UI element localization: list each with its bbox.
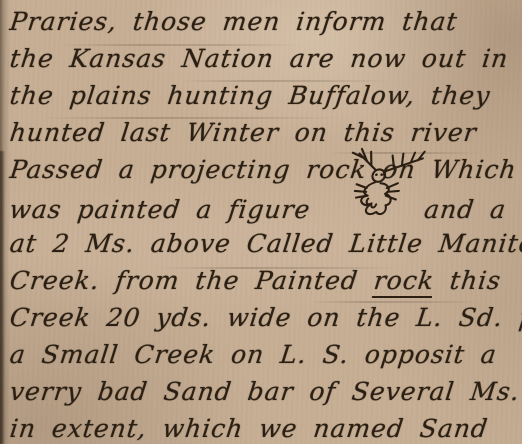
manuscript-line: the Kansas Nation are now out in [8,40,522,77]
manuscript-line: Passed a projecting rock on Which [8,151,522,188]
line-text: this [432,266,502,295]
manuscript-line: the plains hunting Buffalow, they [8,77,522,114]
manuscript-text: Praries, those men inform that the Kansa… [10,3,522,444]
horned-figure-icon [322,146,429,232]
manuscript-line: Creek 20 yds. wide on the L. Sd. passed [8,299,522,336]
manuscript-line: in extent, which we named Sand [8,410,522,444]
line-text: in extent, which we named [8,414,422,443]
underlined-word: Sand [418,414,490,444]
manuscript-line: hunted last Winter on this river [8,114,522,151]
line-text: was painted a figure [8,195,312,224]
manuscript-page: Praries, those men inform that the Kansa… [0,0,522,444]
underlined-word: rock [372,266,436,298]
line-text: Creek. from the Painted [8,266,376,295]
line-text: and a Creek [423,195,522,224]
manuscript-line: a Small Creek on L. S. opposit a [8,336,522,373]
painted-figure-sketch [325,188,411,218]
manuscript-line: Creek. from the Painted rock this [8,262,522,299]
manuscript-line: at 2 Ms. above Called Little Manito [8,225,522,262]
manuscript-line: verry bad Sand bar of Several Ms. [8,373,522,410]
manuscript-line-with-sketch: was painted a figure [8,188,522,225]
manuscript-line: Praries, those men inform that [8,3,522,40]
